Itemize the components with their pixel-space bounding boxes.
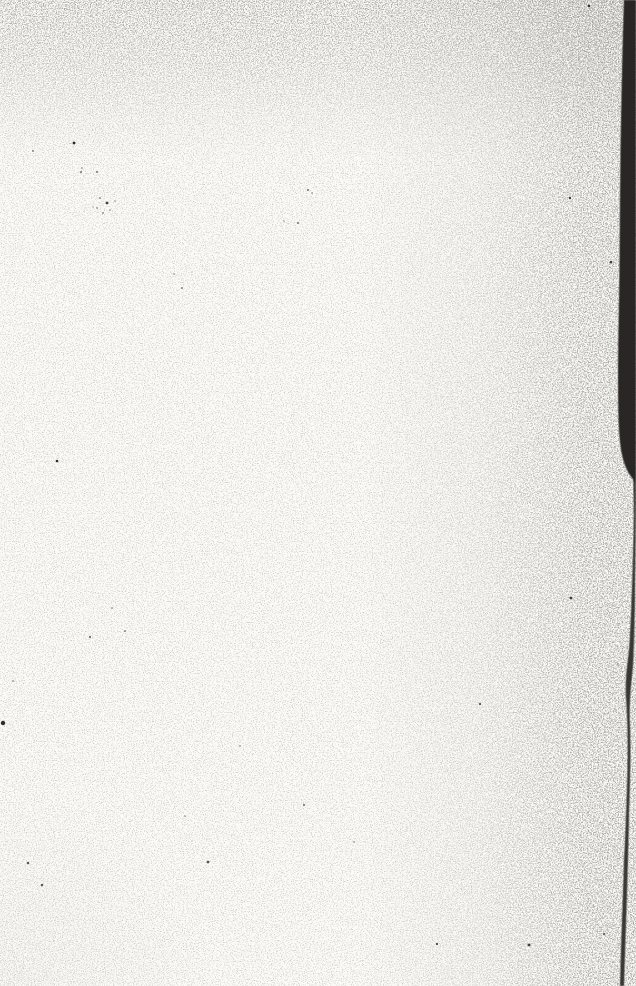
ink-speck: [73, 142, 76, 145]
ink-speck: [307, 189, 309, 191]
ink-speck: [109, 209, 111, 211]
ink-speck: [570, 597, 573, 600]
ink-speck: [184, 815, 186, 817]
grain-layer-bottom-left-corner: [0, 0, 636, 986]
ink-speck: [479, 703, 481, 705]
ink-speck: [96, 171, 98, 173]
ink-speck: [111, 607, 113, 609]
ink-speck: [436, 943, 438, 945]
ink-speck: [124, 630, 126, 632]
ink-speck: [181, 287, 183, 289]
ink-speck: [41, 884, 44, 887]
ink-speck: [27, 862, 30, 865]
ink-speck: [173, 273, 175, 275]
page-scan-canvas: [0, 0, 636, 986]
ink-speck: [102, 212, 104, 214]
ink-speck: [610, 261, 613, 264]
ink-speck: [283, 220, 285, 222]
ink-speck: [1, 721, 5, 725]
ink-speck: [96, 207, 98, 209]
ink-speck: [81, 167, 83, 169]
ink-speck: [528, 944, 531, 947]
ink-speck: [207, 861, 210, 864]
paper-grain-texture: [0, 0, 636, 986]
ink-speck: [569, 197, 571, 199]
ink-speck: [603, 933, 605, 935]
ink-speck: [297, 222, 299, 224]
ink-speck: [89, 636, 91, 638]
ink-speck: [80, 171, 82, 173]
ink-speck: [239, 745, 241, 747]
ink-speck: [106, 202, 109, 205]
ink-speck: [99, 197, 101, 199]
ink-speck: [303, 804, 305, 806]
ink-speck: [92, 206, 93, 207]
scanned-page: [0, 0, 636, 986]
ink-speck: [311, 192, 313, 194]
ink-speck: [353, 841, 355, 843]
ink-speck: [12, 680, 14, 682]
ink-speck: [588, 5, 591, 8]
ink-speck: [114, 200, 116, 202]
ink-speck: [32, 150, 34, 152]
ink-speck: [56, 460, 59, 463]
